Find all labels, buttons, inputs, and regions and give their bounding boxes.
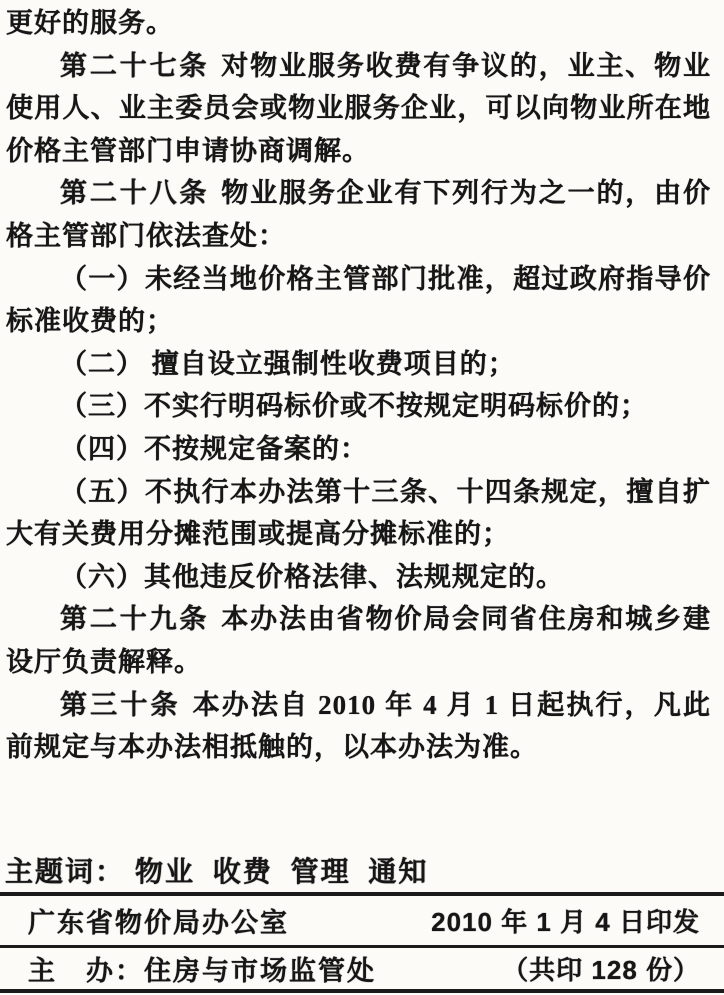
divider-rule-bottom: [0, 989, 724, 993]
article-30-paragraph: 第三十条本办法自 2010 年 4 月 1 日起执行，凡此前规定与本办法相抵触的…: [6, 684, 711, 769]
paragraph-text: （一）未经当地价格主管部门批准，超过政府指导价标准收费的；: [6, 264, 711, 337]
item-5-paragraph: （五）不执行本办法第十三条、十四条规定，擅自扩大有关费用分摊范围或提高分摊标准的…: [6, 471, 711, 556]
subject-keywords-line: 主题词： 物业 收费 管理 通知: [0, 848, 724, 892]
paragraph-text: （五）不执行本办法第十三条、十四条规定，擅自扩大有关费用分摊范围或提高分摊标准的…: [6, 477, 711, 550]
article-28-paragraph: 第二十八条物业服务企业有下列行为之一的，由价格主管部门依法查处：: [6, 172, 711, 257]
print-date: 2010 年 1 月 4 日印发: [431, 902, 700, 939]
item-6-paragraph: （六）其他违反价格法律、法规规定的。: [6, 556, 711, 599]
continuation-paragraph: 更好的服务。: [6, 2, 711, 45]
scanned-document-page: 更好的服务。 第二十七条对物业服务收费有争议的，业主、物业使用人、业主委员会或物…: [0, 0, 724, 995]
article-29-paragraph: 第二十九条本办法由省物价局会同省住房和城乡建设厅负责解释。: [6, 598, 711, 683]
organizer-row: 主 办：住房与市场监管处 （共印 128 份）: [0, 948, 724, 989]
subject-keywords: 物业 收费 管理 通知: [135, 850, 428, 890]
issuing-office: 广东省物价局办公室: [28, 901, 289, 940]
subject-label: 主题词：: [5, 850, 125, 890]
organizer-name: 住房与市场监管处: [144, 956, 376, 986]
document-footer: 主题词： 物业 收费 管理 通知 广东省物价局办公室 2010 年 1 月 4 …: [0, 848, 724, 993]
paragraph-text: （六）其他违反价格法律、法规规定的。: [60, 562, 564, 592]
print-copies: （共印 128 份）: [502, 950, 700, 987]
paragraph-text: （二） 擅自设立强制性收费项目的；: [60, 349, 516, 379]
article-30-number: 第三十条: [60, 690, 181, 720]
item-2-paragraph: （二） 擅自设立强制性收费项目的；: [6, 343, 711, 386]
item-1-paragraph: （一）未经当地价格主管部门批准，超过政府指导价标准收费的；: [6, 258, 711, 343]
paragraph-text: 更好的服务。: [6, 8, 174, 38]
article-29-number: 第二十九条: [60, 604, 209, 634]
item-3-paragraph: （三）不实行明码标价或不按规定明码标价的；: [6, 385, 711, 428]
issuer-row: 广东省物价局办公室 2010 年 1 月 4 日印发: [0, 896, 724, 945]
organizer-label: 主 办：: [28, 956, 144, 986]
paragraph-text: （四）不按规定备案的：: [60, 434, 368, 464]
item-4-paragraph: （四）不按规定备案的：: [6, 428, 711, 471]
article-27-number: 第二十七条: [60, 51, 209, 81]
organizer-cell: 主 办：住房与市场监管处: [28, 949, 376, 988]
document-body: 更好的服务。 第二十七条对物业服务收费有争议的，业主、物业使用人、业主委员会或物…: [6, 2, 711, 769]
article-27-paragraph: 第二十七条对物业服务收费有争议的，业主、物业使用人、业主委员会或物业服务企业，可…: [6, 45, 711, 173]
article-28-number: 第二十八条: [60, 178, 209, 208]
paragraph-text: （三）不实行明码标价或不按规定明码标价的；: [60, 391, 648, 421]
